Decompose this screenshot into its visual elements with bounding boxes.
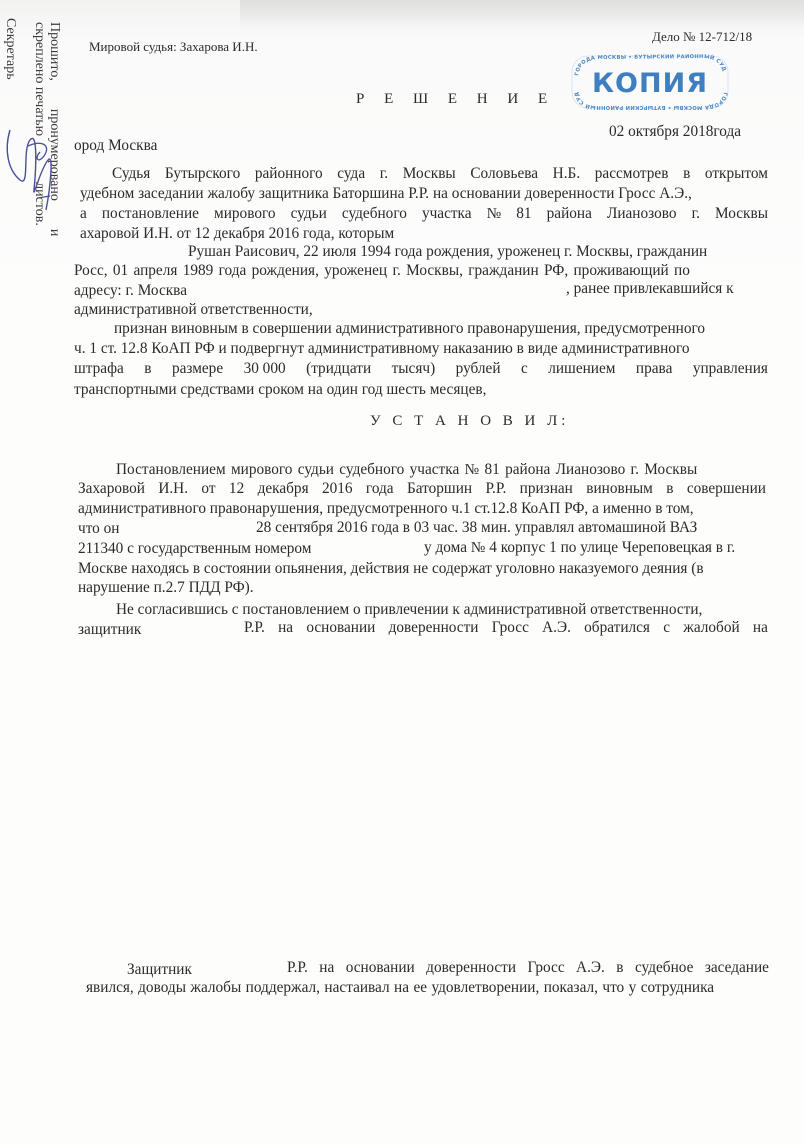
section-heading-established: У С Т А Н О В И Л: (370, 414, 569, 429)
verdict-line-4: транспортными средствами сроком на один … (74, 382, 486, 397)
intro-line-4: ахаровой И.Н. от 12 декабря 2016 года, к… (80, 226, 394, 241)
intro-line-2: удебном заседании жалобу защитника Батор… (80, 186, 692, 201)
appeal-line-2-right: Р.Р.наоснованиидоверенностиГроссА.Э.обра… (244, 620, 768, 635)
signature-icon (0, 100, 70, 240)
copy-stamp: ГОРОДА МОСКВЫ • БУТЫРСКИЙ РАЙОННЫЙ СУД Г… (568, 54, 732, 110)
established-line-4-right: 28 сентября 2016 года в 03 час. 38 мин. … (256, 520, 697, 535)
verdict-line-1: признан виновным в совершении администра… (114, 321, 705, 336)
intro-line-3: апостановлениемировогосудьисудебногоучас… (80, 206, 768, 221)
stamp-main-text: КОПИЯ (592, 68, 708, 99)
established-line-1: Постановлением мирового судьи судебного … (116, 462, 697, 477)
verdict-line-3: штрафавразмере30 000(тридцатитысяч)рубле… (74, 361, 768, 376)
scan-shadow (240, 0, 804, 30)
established-line-5-right: у дома № 4 корпус 1 по улице Череповецка… (424, 540, 735, 555)
city: ород Москва (74, 138, 157, 153)
case-number: Дело № 12-712/18 (652, 30, 752, 43)
intro-line-1: СудьяБутырскогорайонногосудаг.МосквыСоло… (112, 166, 768, 181)
intro-line-7-left: адресу: г. Москва (74, 283, 187, 298)
hearing-line-1-right: Р.Р.наоснованиидоверенностиГроссА.Э.всуд… (287, 960, 769, 975)
established-line-2: ЗахаровойИ.Н.от12декабря2016годаБаторшин… (78, 481, 766, 496)
intro-line-8: административной ответственности, (74, 302, 313, 317)
hearing-line-1-left: Защитник (127, 962, 192, 977)
hearing-line-2: явился, доводы жалобы поддержал, настаив… (86, 980, 714, 995)
appeal-line-1: Не согласившись с постановлением о привл… (116, 602, 702, 617)
established-line-4-left: что он (78, 521, 119, 536)
document-page: Прошито,пронумерованои скреплено печатью… (0, 0, 804, 1145)
established-line-7: нарушение п.2.7 ПДД РФ). (78, 580, 254, 595)
intro-line-6: Росс, 01 апреля 1989 года рождения, урож… (74, 263, 690, 278)
document-title: Р Е Ш Е Н И Е (356, 92, 555, 107)
intro-line-5: Рушан Раисович, 22 июля 1994 года рожден… (188, 244, 707, 259)
binding-note-line3: Секретарь (2, 18, 18, 80)
established-line-6: Москве находясь в состоянии опьянения, д… (78, 561, 704, 576)
intro-line-7-right: , ранее привлекавшийся к (566, 281, 734, 296)
binding-note: Прошито,пронумерованои скреплено печатью… (0, 0, 66, 240)
magistrate-label: Мировой судья: Захарова И.Н. (89, 40, 258, 53)
appeal-line-2-left: защитник (78, 622, 141, 637)
established-line-5-left: 211340 с государственным номером (78, 541, 311, 556)
established-line-3: административного правонарушения, предус… (78, 501, 694, 516)
decision-date: 02 октября 2018года (609, 124, 741, 139)
verdict-line-2: ч. 1 ст. 12.8 КоАП РФ и подвергнут админ… (74, 341, 689, 356)
